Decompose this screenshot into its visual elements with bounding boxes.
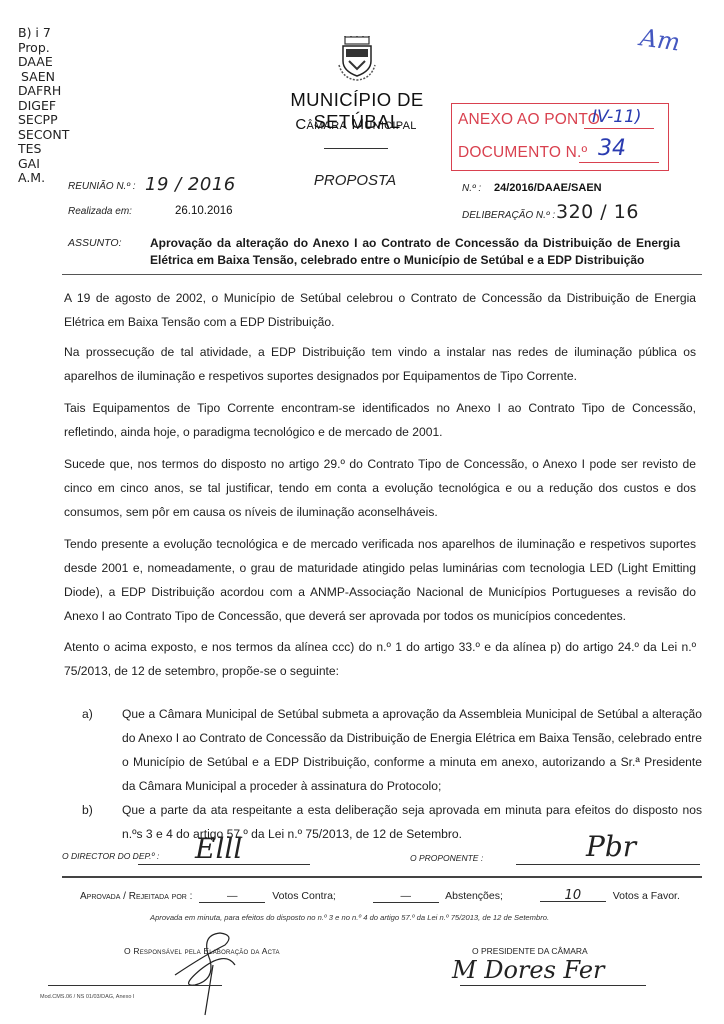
reuniao-label: REUNIÃO N.º : bbox=[68, 181, 136, 192]
votes-favor-value: 10 bbox=[540, 891, 606, 902]
signature-line bbox=[48, 985, 222, 986]
paragraph: Na prossecução de tal atividade, a EDP D… bbox=[64, 340, 696, 388]
coat-of-arms-icon bbox=[337, 35, 377, 81]
responsavel-signature bbox=[165, 925, 260, 1020]
routing-note: B) i 7 bbox=[18, 26, 69, 41]
deliberacao-label: DELIBERAÇÃO N.º : bbox=[462, 210, 555, 221]
stamp-value-ponto: IV-11) bbox=[592, 107, 642, 127]
abstencoes-value: — bbox=[373, 890, 439, 903]
proposal-marker: a) bbox=[82, 702, 93, 726]
deliberacao-value: 320 / 16 bbox=[556, 201, 639, 223]
document-type: PROPOSTA bbox=[300, 172, 410, 189]
proposal-item: a) Que a Câmara Municipal de Setúbal sub… bbox=[82, 702, 702, 798]
routing-notes: B) i 7 Prop. DAAE SAEN DAFRH DIGEF SECPP… bbox=[18, 26, 69, 186]
divider bbox=[62, 274, 702, 275]
proponente-signature: Pbr bbox=[586, 830, 636, 863]
paragraph: Sucede que, nos termos do disposto no ar… bbox=[64, 452, 696, 524]
numero-value: 24/2016/DAAE/SAEN bbox=[494, 182, 602, 194]
paragraph: Tais Equipamentos de Tipo Corrente encon… bbox=[64, 396, 696, 444]
routing-note: GAI bbox=[18, 157, 69, 172]
proponente-label: O PROPONENTE : bbox=[410, 853, 483, 863]
assunto-text: Aprovação da alteração do Anexo I ao Con… bbox=[150, 235, 680, 269]
director-signature: Elll bbox=[195, 832, 242, 865]
numero-label: N.º : bbox=[462, 183, 481, 194]
stamp-value-documento: 34 bbox=[598, 136, 626, 161]
routing-note: A.M. bbox=[18, 171, 69, 186]
realizada-value: 26.10.2016 bbox=[175, 205, 233, 217]
routing-note: DIGEF bbox=[18, 99, 69, 114]
presidente-signature: M Dores Fer bbox=[452, 956, 605, 984]
stamp-underline bbox=[584, 128, 654, 129]
voting-label: Aprovada / Rejeitada por : bbox=[80, 891, 192, 902]
realizada-label: Realizada em: bbox=[68, 206, 132, 217]
paragraph: A 19 de agosto de 2002, o Município de S… bbox=[64, 286, 696, 334]
assunto-label: ASSUNTO: bbox=[68, 237, 121, 249]
votes-contra-value: — bbox=[199, 890, 265, 903]
minuta-note: Aprovada em minuta, para efeitos do disp… bbox=[150, 913, 549, 922]
routing-note: SECONT bbox=[18, 128, 69, 143]
form-code: Mod.CMS.06 / NS 01/03/DAG, Anexo I bbox=[40, 994, 134, 1000]
routing-note: DAFRH bbox=[18, 84, 69, 99]
stamp-label-ponto: ANEXO AO PONTO bbox=[458, 111, 600, 129]
paragraph: Tendo presente a evolução tecnológica e … bbox=[64, 532, 696, 628]
signature-line bbox=[460, 985, 646, 986]
chamber-name: Câmara Municipal bbox=[268, 116, 444, 133]
routing-note: DAAE bbox=[18, 55, 69, 70]
signature-line bbox=[516, 864, 700, 865]
voting-result: Aprovada / Rejeitada por : — Votos Contr… bbox=[80, 890, 680, 903]
routing-note: TES bbox=[18, 142, 69, 157]
paragraph: Atento o acima exposto, e nos termos da … bbox=[64, 635, 696, 683]
divider bbox=[62, 876, 702, 878]
signature-line bbox=[138, 864, 310, 865]
stamp-label-documento: DOCUMENTO N.º bbox=[458, 144, 587, 162]
routing-note: SAEN bbox=[18, 70, 69, 85]
votes-favor-label: Votos a Favor. bbox=[613, 890, 680, 902]
votes-contra-label: Votos Contra; bbox=[272, 890, 336, 902]
stamp-underline bbox=[579, 162, 659, 163]
proposal-text: Que a Câmara Municipal de Setúbal submet… bbox=[122, 707, 702, 793]
director-label: O DIRECTOR DO DEP.º : bbox=[62, 851, 159, 861]
reuniao-value: 19 / 2016 bbox=[145, 174, 236, 195]
proposal-list: a) Que a Câmara Municipal de Setúbal sub… bbox=[82, 702, 702, 846]
routing-note: Prop. bbox=[18, 41, 69, 56]
routing-note: SECPP bbox=[18, 113, 69, 128]
handwritten-initials: Am bbox=[638, 23, 682, 56]
proposal-marker: b) bbox=[82, 798, 93, 822]
annex-stamp: ANEXO AO PONTO IV-11) DOCUMENTO N.º 34 bbox=[451, 103, 669, 171]
divider bbox=[324, 148, 388, 149]
presidente-label: O PRESIDENTE DA CÂMARA bbox=[472, 946, 588, 956]
abstencoes-label: Abstenções; bbox=[445, 890, 503, 902]
